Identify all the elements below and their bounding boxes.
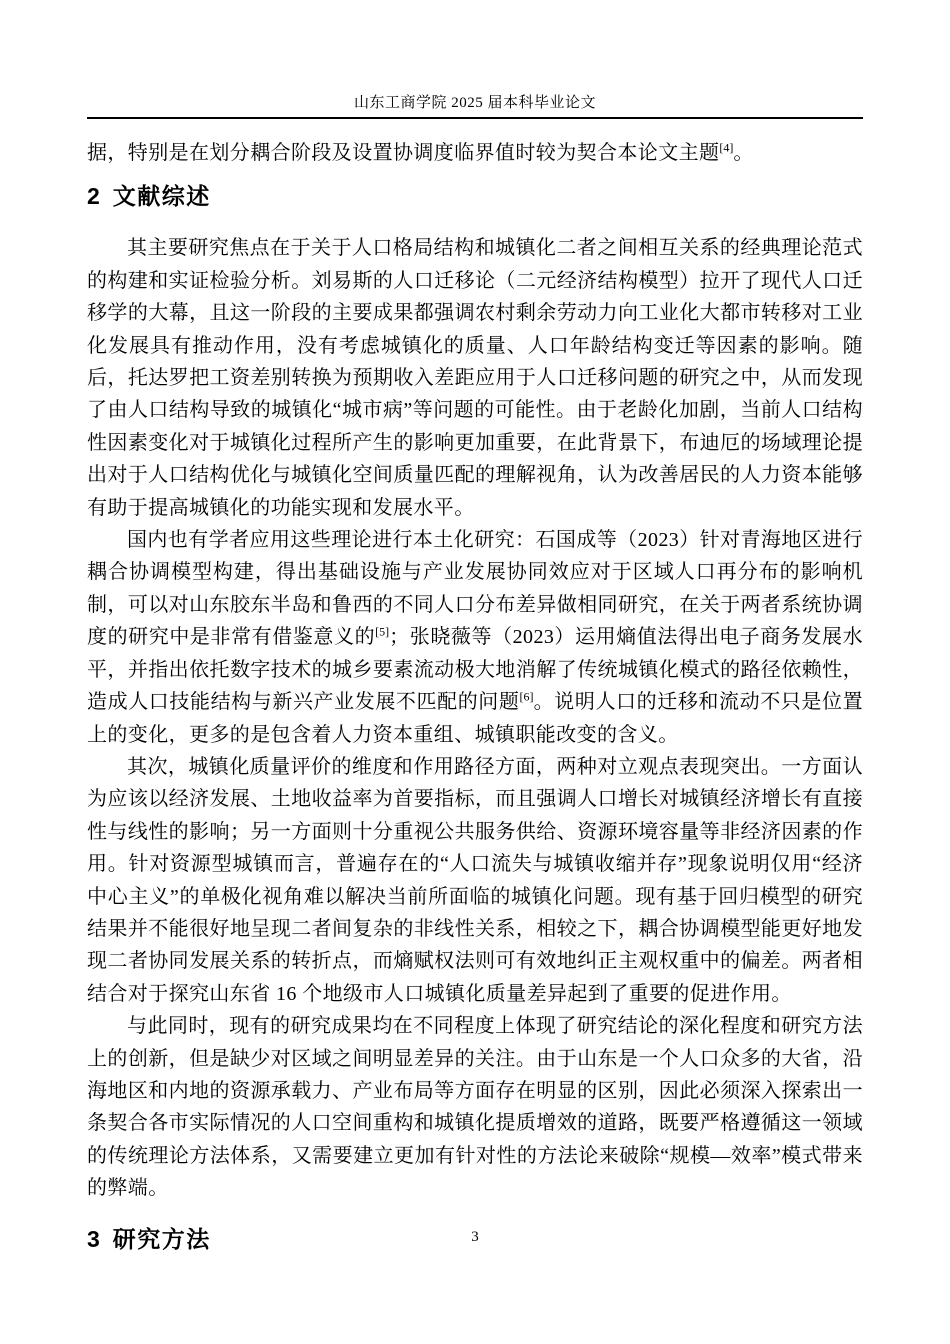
section-title: 文献综述 — [113, 183, 211, 209]
citation-superscript: [5] — [375, 625, 389, 639]
citation-superscript: [4] — [719, 140, 733, 154]
running-title: 山东工商学院 2025 届本科毕业论文 — [87, 95, 863, 112]
section-heading-literature-review: 2文献综述 — [87, 182, 863, 210]
section-number: 2 — [87, 183, 100, 209]
citation-superscript: [6] — [519, 689, 533, 703]
body-paragraph: 国内也有学者应用这些理论进行本土化研究：石国成等（2023）针对青海地区进行耦合… — [87, 524, 863, 751]
page-header: 山东工商学院 2025 届本科毕业论文 — [87, 0, 863, 112]
header-rule — [87, 117, 863, 119]
body-paragraph: 与此同时，现有的研究成果均在不同程度上体现了研究结论的深化程度和研究方法上的创新… — [87, 1010, 863, 1204]
body-paragraph: 其次，城镇化质量评价的维度和作用路径方面，两种对立观点表现突出。一方面认为应该以… — [87, 751, 863, 1010]
body-paragraph: 其主要研究焦点在于关于人口格局结构和城镇化二者之间相互关系的经典理论范式的构建和… — [87, 232, 863, 524]
page-number: 3 — [0, 1229, 950, 1246]
document-page: 山东工商学院 2025 届本科毕业论文 据，特别是在划分耦合阶段及设置协调度临界… — [0, 0, 950, 1344]
continuation-paragraph: 据，特别是在划分耦合阶段及设置协调度临界值时较为契合本论文主题[4]。 — [87, 137, 863, 169]
page-body: 据，特别是在划分耦合阶段及设置协调度临界值时较为契合本论文主题[4]。 2文献综… — [87, 137, 863, 1253]
